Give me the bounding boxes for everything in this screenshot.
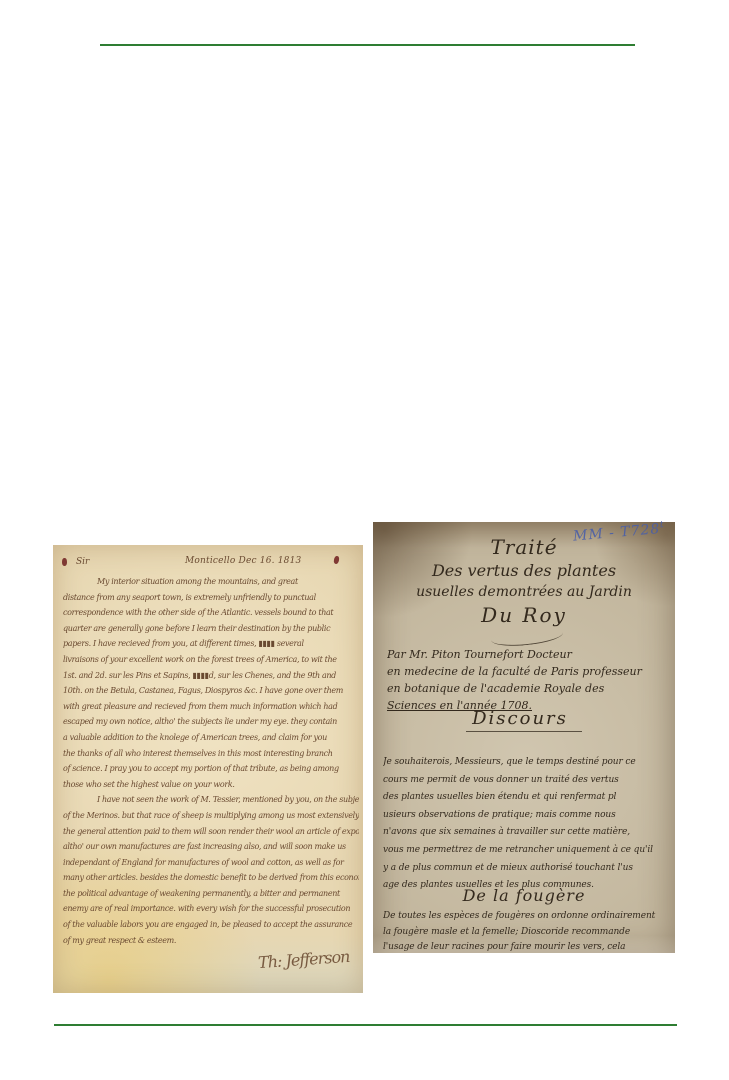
letter-line: independant of England for manufactures … — [63, 855, 359, 871]
treatise-line: la fougère masle et la femelle; Dioscori… — [383, 925, 667, 941]
letter-line: of my great respect & esteem. — [63, 933, 359, 949]
letter-line: quarter are generally gone before I lear… — [63, 621, 359, 637]
treatise-author-line: en botanique de l'academie Royale des — [387, 680, 667, 697]
letter-header: Sir Monticello Dec 16. 1813 — [53, 556, 363, 570]
letter-line: 10th. on the Betula, Castanea, Fagus, Di… — [63, 683, 359, 699]
treatise-line: l'usage de leur racines pour faire mouri… — [383, 940, 667, 956]
letter-line: of the Merinos. but that race of sheep i… — [63, 808, 359, 824]
treatise-title-line: Du Roy — [373, 602, 675, 628]
letter-line: of science. I pray you to accept my port… — [63, 761, 359, 777]
treatise-line: des plantes usuelles bien étendu et qui … — [383, 789, 667, 807]
treatise-manuscript-image: MM - T728t Traité Des vertus des plantes… — [373, 522, 675, 953]
letter-line: 1st. and 2d. sur les Pins et Sapins, ▮▮▮… — [63, 668, 359, 684]
jefferson-letter-image: Sir Monticello Dec 16. 1813 My interior … — [53, 545, 363, 993]
treatise-line: vous me permettrez de me retrancher uniq… — [383, 842, 667, 860]
letter-line: of the valuable labors you are engaged i… — [63, 917, 359, 933]
letter-line: altho' our own manufactures are fast inc… — [63, 839, 359, 855]
treatise-line: Je souhaiterois, Messieurs, que le temps… — [383, 754, 667, 772]
letter-line: the thanks of all who interest themselve… — [63, 746, 359, 762]
letter-line: livraisons of your excellent work on the… — [63, 652, 359, 668]
letter-line: papers. I have recieved from you, at dif… — [63, 636, 359, 652]
treatise-title-line: Traité — [373, 534, 675, 560]
letter-line: a valuable addition to the knolege of Am… — [63, 730, 359, 746]
letter-line: escaped my own notice, altho' the subjec… — [63, 714, 359, 730]
treatise-title: Traité Des vertus des plantes usuelles d… — [373, 534, 675, 628]
bottom-divider-rule — [54, 1024, 677, 1026]
letter-salutation: Sir — [76, 557, 89, 567]
treatise-author-line: Par Mr. Piton Tournefort Docteur — [387, 646, 667, 663]
treatise-line: y a de plus commun et de mieux authorisé… — [383, 860, 667, 878]
treatise-line: De toutes les espèces de fougères on ord… — [383, 909, 667, 925]
letter-line: My interior situation among the mountain… — [63, 574, 359, 590]
treatise-author-block: Par Mr. Piton Tournefort Docteur en mede… — [387, 646, 667, 714]
treatise-title-line: usuelles demontrées au Jardin — [373, 582, 675, 602]
letter-body: My interior situation among the mountain… — [63, 574, 359, 948]
treatise-body: Je souhaiterois, Messieurs, que le temps… — [383, 754, 667, 895]
letter-line: the political advantage of weakening per… — [63, 886, 359, 902]
letter-dateline: Monticello Dec 16. 1813 — [185, 556, 301, 566]
treatise-line: n'avons que six semaines à travailler su… — [383, 824, 667, 842]
letter-line: many other articles. besides the domesti… — [63, 870, 359, 886]
shelfmark-superscript: t — [659, 520, 664, 530]
letter-line: those who set the highest value on your … — [63, 777, 359, 793]
letter-line: the general attention paid to them will … — [63, 824, 359, 840]
letter-line: with great pleasure and recieved from th… — [63, 699, 359, 715]
letter-line: I have not seen the work of M. Tessier, … — [63, 792, 359, 808]
letter-line: enemy are of real importance. with every… — [63, 901, 359, 917]
letter-line: correspondence with the other side of th… — [63, 605, 359, 621]
treatise-author-line: en medecine de la faculté de Paris profe… — [387, 663, 667, 680]
treatise-line: cours me permit de vous donner un traité… — [383, 772, 667, 790]
treatise-line: usieurs observations de pratique; mais c… — [383, 807, 667, 825]
document-page: Sir Monticello Dec 16. 1813 My interior … — [0, 0, 729, 1080]
letter-line: distance from any seaport town, is extre… — [63, 590, 359, 606]
letter-signature: Th: Jefferson — [257, 947, 350, 972]
treatise-subsection-heading: De la fougère — [373, 886, 675, 905]
treatise-subsection-body: De toutes les espèces de fougères on ord… — [383, 909, 667, 956]
treatise-section-heading: Discours — [373, 708, 675, 729]
top-divider-rule — [100, 44, 635, 46]
treatise-title-line: Des vertus des plantes — [373, 560, 675, 582]
